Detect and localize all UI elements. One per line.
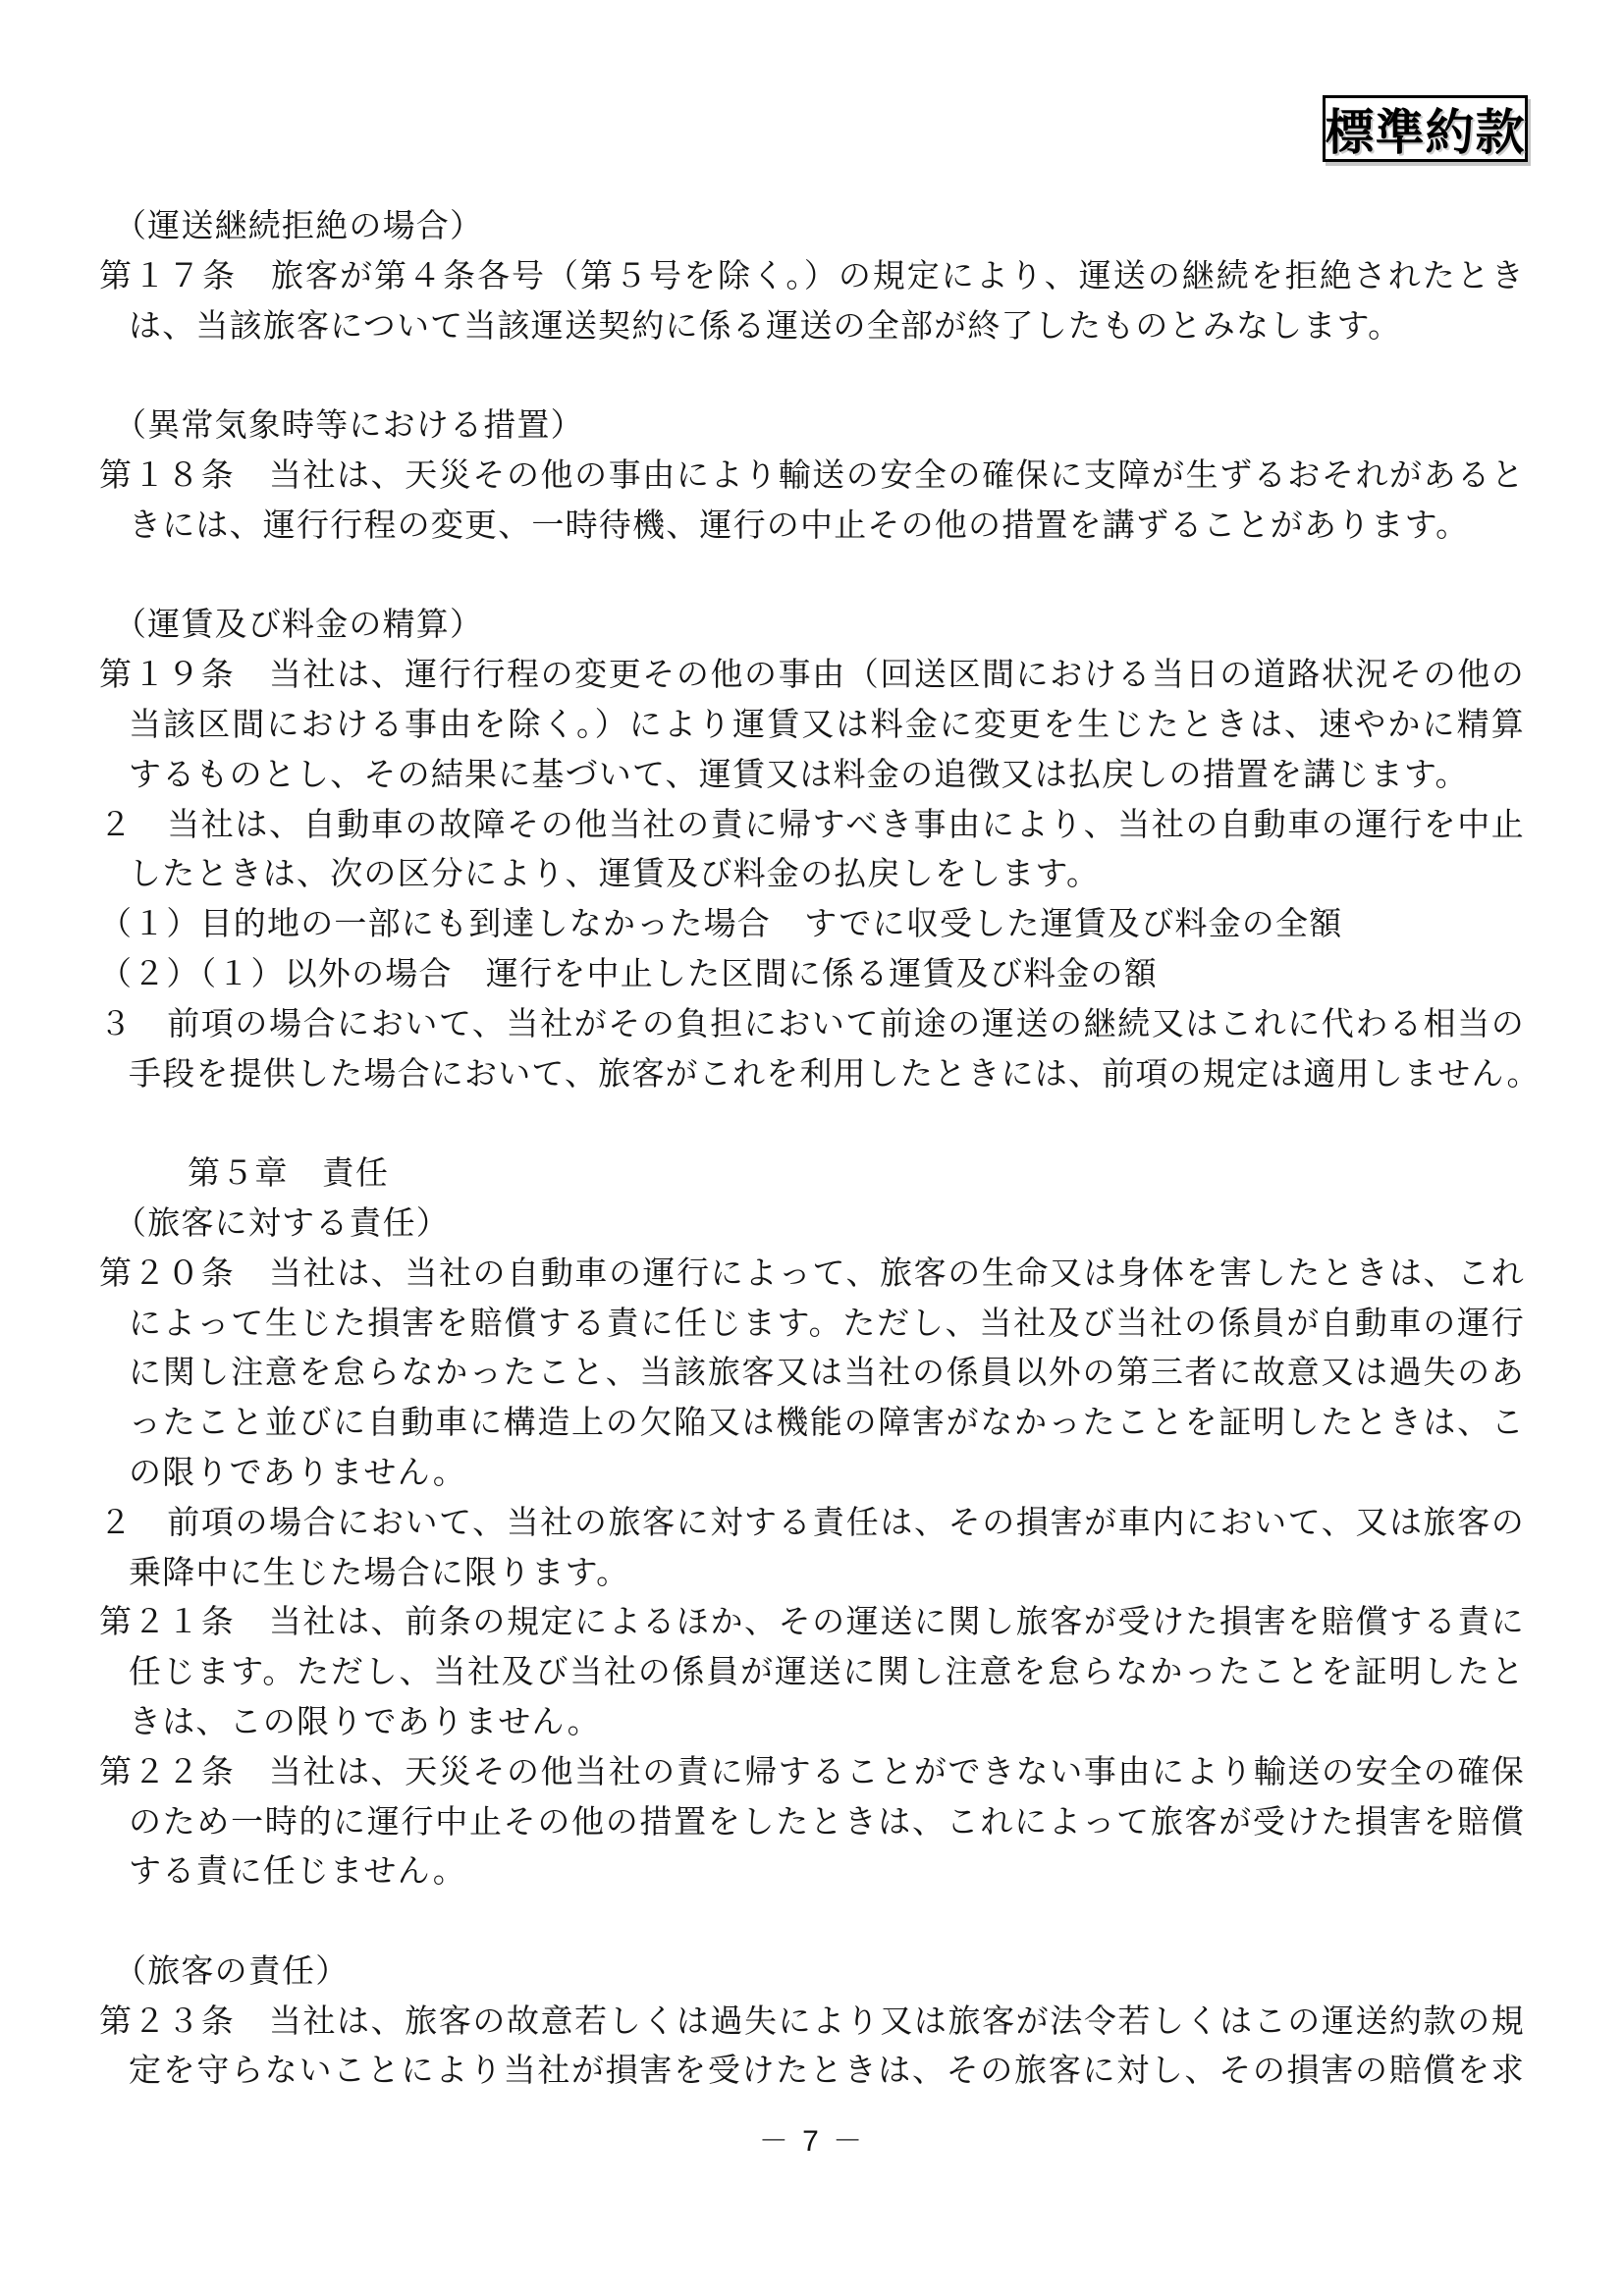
text-line: （運賃及び料金の精算） — [99, 601, 1525, 651]
text-line: ったこと並びに自動車に構造上の欠陥又は機能の障害がなかったことを証明したときは、… — [99, 1399, 1525, 1449]
text-line: ３ 前項の場合において、当社がその負担において前途の運送の継続又はこれに代わる相… — [99, 1000, 1525, 1050]
text-line: （運送継続拒絶の場合） — [99, 202, 1525, 252]
text-line: 第２０条 当社は、当社の自動車の運行によって、旅客の生命又は身体を害したときは、… — [99, 1250, 1525, 1300]
text-line — [99, 351, 1525, 401]
text-line: するものとし、その結果に基づいて、運賃又は料金の追徴又は払戻しの措置を講じます。 — [99, 751, 1525, 801]
text-line: ２ 当社は、自動車の故障その他当社の責に帰すべき事由により、当社の自動車の運行を… — [99, 801, 1525, 851]
text-line: 第１８条 当社は、天災その他の事由により輸送の安全の確保に支障が生ずるおそれがあ… — [99, 452, 1525, 502]
document-body: （運送継続拒絶の場合）第１７条 旅客が第４条各号（第５号を除く。）の規定により、… — [99, 202, 1525, 2097]
text-line: （旅客に対する責任） — [99, 1200, 1525, 1250]
text-line: する責に任じません。 — [99, 1847, 1525, 1897]
text-line: 定を守らないことにより当社が損害を受けたときは、その旅客に対し、その損害の賠償を… — [99, 2047, 1525, 2097]
text-line: 第２３条 当社は、旅客の故意若しくは過失により又は旅客が法令若しくはこの運送約款… — [99, 1998, 1525, 2048]
text-line: （２）（１）以外の場合 運行を中止した区間に係る運賃及び料金の額 — [99, 950, 1525, 1000]
text-line: 当該区間における事由を除く。）により運賃又は料金に変更を生じたときは、速やかに精… — [99, 701, 1525, 751]
text-line: したときは、次の区分により、運賃及び料金の払戻しをします。 — [99, 850, 1525, 900]
text-line: きは、この限りでありません。 — [99, 1698, 1525, 1748]
standard-terms-badge: 標準約款 — [1323, 95, 1528, 162]
text-line: のため一時的に運行中止その他の措置をしたときは、これによって旅客が受けた損害を賠… — [99, 1798, 1525, 1848]
text-line: の限りでありません。 — [99, 1449, 1525, 1499]
text-line: （異常気象時等における措置） — [99, 401, 1525, 452]
text-line: によって生じた損害を賠償する責に任じます。ただし、当社及び当社の係員が自動車の運… — [99, 1300, 1525, 1350]
text-line: は、当該旅客について当該運送契約に係る運送の全部が終了したものとみなします。 — [99, 302, 1525, 352]
page-number: － 7 － — [0, 2116, 1624, 2160]
text-line: 手段を提供した場合において、旅客がこれを利用したときには、前項の規定は適用しませ… — [99, 1050, 1525, 1100]
text-line: きには、運行行程の変更、一時待機、運行の中止その他の措置を講ずることがあります。 — [99, 502, 1525, 552]
text-line: （旅客の責任） — [99, 1948, 1525, 1998]
text-line: 第１９条 当社は、運行行程の変更その他の事由（回送区間における当日の道路状況その… — [99, 651, 1525, 701]
text-line: （１）目的地の一部にも到達しなかった場合 すでに収受した運賃及び料金の全額 — [99, 900, 1525, 950]
document-page: 標準約款 （運送継続拒絶の場合）第１７条 旅客が第４条各号（第５号を除く。）の規… — [0, 0, 1624, 2296]
text-line: 第１７条 旅客が第４条各号（第５号を除く。）の規定により、運送の継続を拒絶された… — [99, 252, 1525, 302]
text-line: 乗降中に生じた場合に限ります。 — [99, 1549, 1525, 1599]
text-line — [99, 1897, 1525, 1948]
text-line: に関し注意を怠らなかったこと、当該旅客又は当社の係員以外の第三者に故意又は過失の… — [99, 1349, 1525, 1399]
text-line — [99, 552, 1525, 602]
text-line: ２ 前項の場合において、当社の旅客に対する責任は、その損害が車内において、又は旅… — [99, 1499, 1525, 1549]
text-line: 第５章 責任 — [99, 1149, 1525, 1200]
text-line: 任じます。ただし、当社及び当社の係員が運送に関し注意を怠らなかったことを証明した… — [99, 1648, 1525, 1698]
text-line — [99, 1099, 1525, 1149]
text-line: 第２２条 当社は、天災その他当社の責に帰することができない事由により輸送の安全の… — [99, 1748, 1525, 1798]
text-line: 第２１条 当社は、前条の規定によるほか、その運送に関し旅客が受けた損害を賠償する… — [99, 1598, 1525, 1648]
